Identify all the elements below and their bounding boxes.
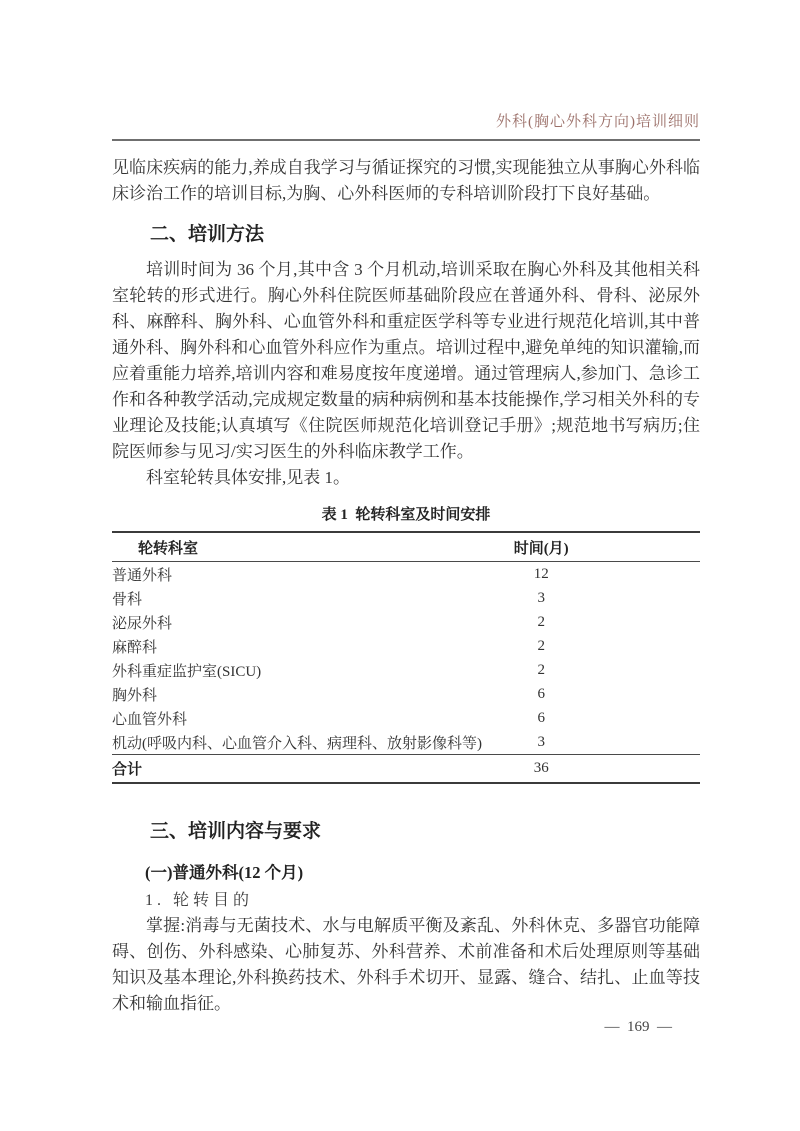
table-row: 麻醉科 2	[112, 634, 700, 658]
subsection-heading-general-surgery: (一)普通外科(12 个月)	[112, 862, 700, 884]
department-cell: 普通外科	[112, 562, 482, 587]
months-cell: 12	[482, 562, 600, 587]
department-cell: 机动(呼吸内科、心血管介入科、病理科、放射影像科等)	[112, 730, 482, 755]
department-cell: 麻醉科	[112, 634, 482, 658]
table-row: 心血管外科 6	[112, 706, 700, 730]
months-cell: 2	[482, 658, 600, 682]
department-cell: 外科重症监护室(SICU)	[112, 658, 482, 682]
column-header-department: 轮转科室	[112, 532, 482, 562]
months-cell: 3	[482, 586, 600, 610]
table-row: 机动(呼吸内科、心血管介入科、病理科、放射影像科等) 3	[112, 730, 700, 755]
table-row: 胸外科 6	[112, 682, 700, 706]
running-header-title: 外科(胸心外科方向)培训细则	[112, 112, 700, 132]
department-cell: 胸外科	[112, 682, 482, 706]
months-cell: 6	[482, 706, 600, 730]
table-row: 普通外科 12	[112, 562, 700, 587]
months-cell: 6	[482, 682, 600, 706]
section-heading-training-methods: 二、培训方法	[112, 223, 700, 247]
intro-paragraph: 见临床疾病的能力,养成自我学习与循证探究的习惯,实现能独立从事胸心外科临床诊治工…	[112, 155, 700, 207]
table-total-row: 合计 36	[112, 755, 700, 784]
months-cell: 3	[482, 730, 600, 755]
section-heading-training-content: 三、培训内容与要求	[112, 820, 700, 844]
page-number: — 169 —	[112, 1017, 700, 1037]
training-methods-paragraph: 培训时间为 36 个月,其中含 3 个月机动,培训采取在胸心外科及其他相关科室轮…	[112, 257, 700, 465]
column-header-time: 时间(月)	[482, 532, 600, 562]
department-cell: 心血管外科	[112, 706, 482, 730]
item-heading-rotation-purpose: 1. 轮转目的	[112, 890, 700, 911]
table-row: 外科重症监护室(SICU) 2	[112, 658, 700, 682]
total-months-cell: 36	[482, 755, 600, 784]
department-cell: 骨科	[112, 586, 482, 610]
table-reference-paragraph: 科室轮转具体安排,见表 1。	[112, 465, 700, 491]
total-label-cell: 合计	[112, 755, 482, 784]
rotation-purpose-paragraph: 掌握:消毒与无菌技术、水与电解质平衡及紊乱、外科休克、多器官功能障碍、创伤、外科…	[112, 913, 700, 1017]
table-row: 泌尿外科 2	[112, 610, 700, 634]
department-cell: 泌尿外科	[112, 610, 482, 634]
rotation-schedule-table: 轮转科室 时间(月) 普通外科 12 骨科 3 泌尿外科 2	[112, 531, 700, 784]
months-cell: 2	[482, 610, 600, 634]
header-rule-divider	[112, 139, 700, 141]
column-header-spacer	[600, 532, 700, 562]
document-page: 外科(胸心外科方向)培训细则 见临床疾病的能力,养成自我学习与循证探究的习惯,实…	[0, 0, 800, 1131]
table-title: 表 1 轮转科室及时间安排	[112, 505, 700, 525]
months-cell: 2	[482, 634, 600, 658]
page-content: 外科(胸心外科方向)培训细则 见临床疾病的能力,养成自我学习与循证探究的习惯,实…	[112, 0, 700, 1037]
table-header-row: 轮转科室 时间(月)	[112, 532, 700, 562]
table-row: 骨科 3	[112, 586, 700, 610]
